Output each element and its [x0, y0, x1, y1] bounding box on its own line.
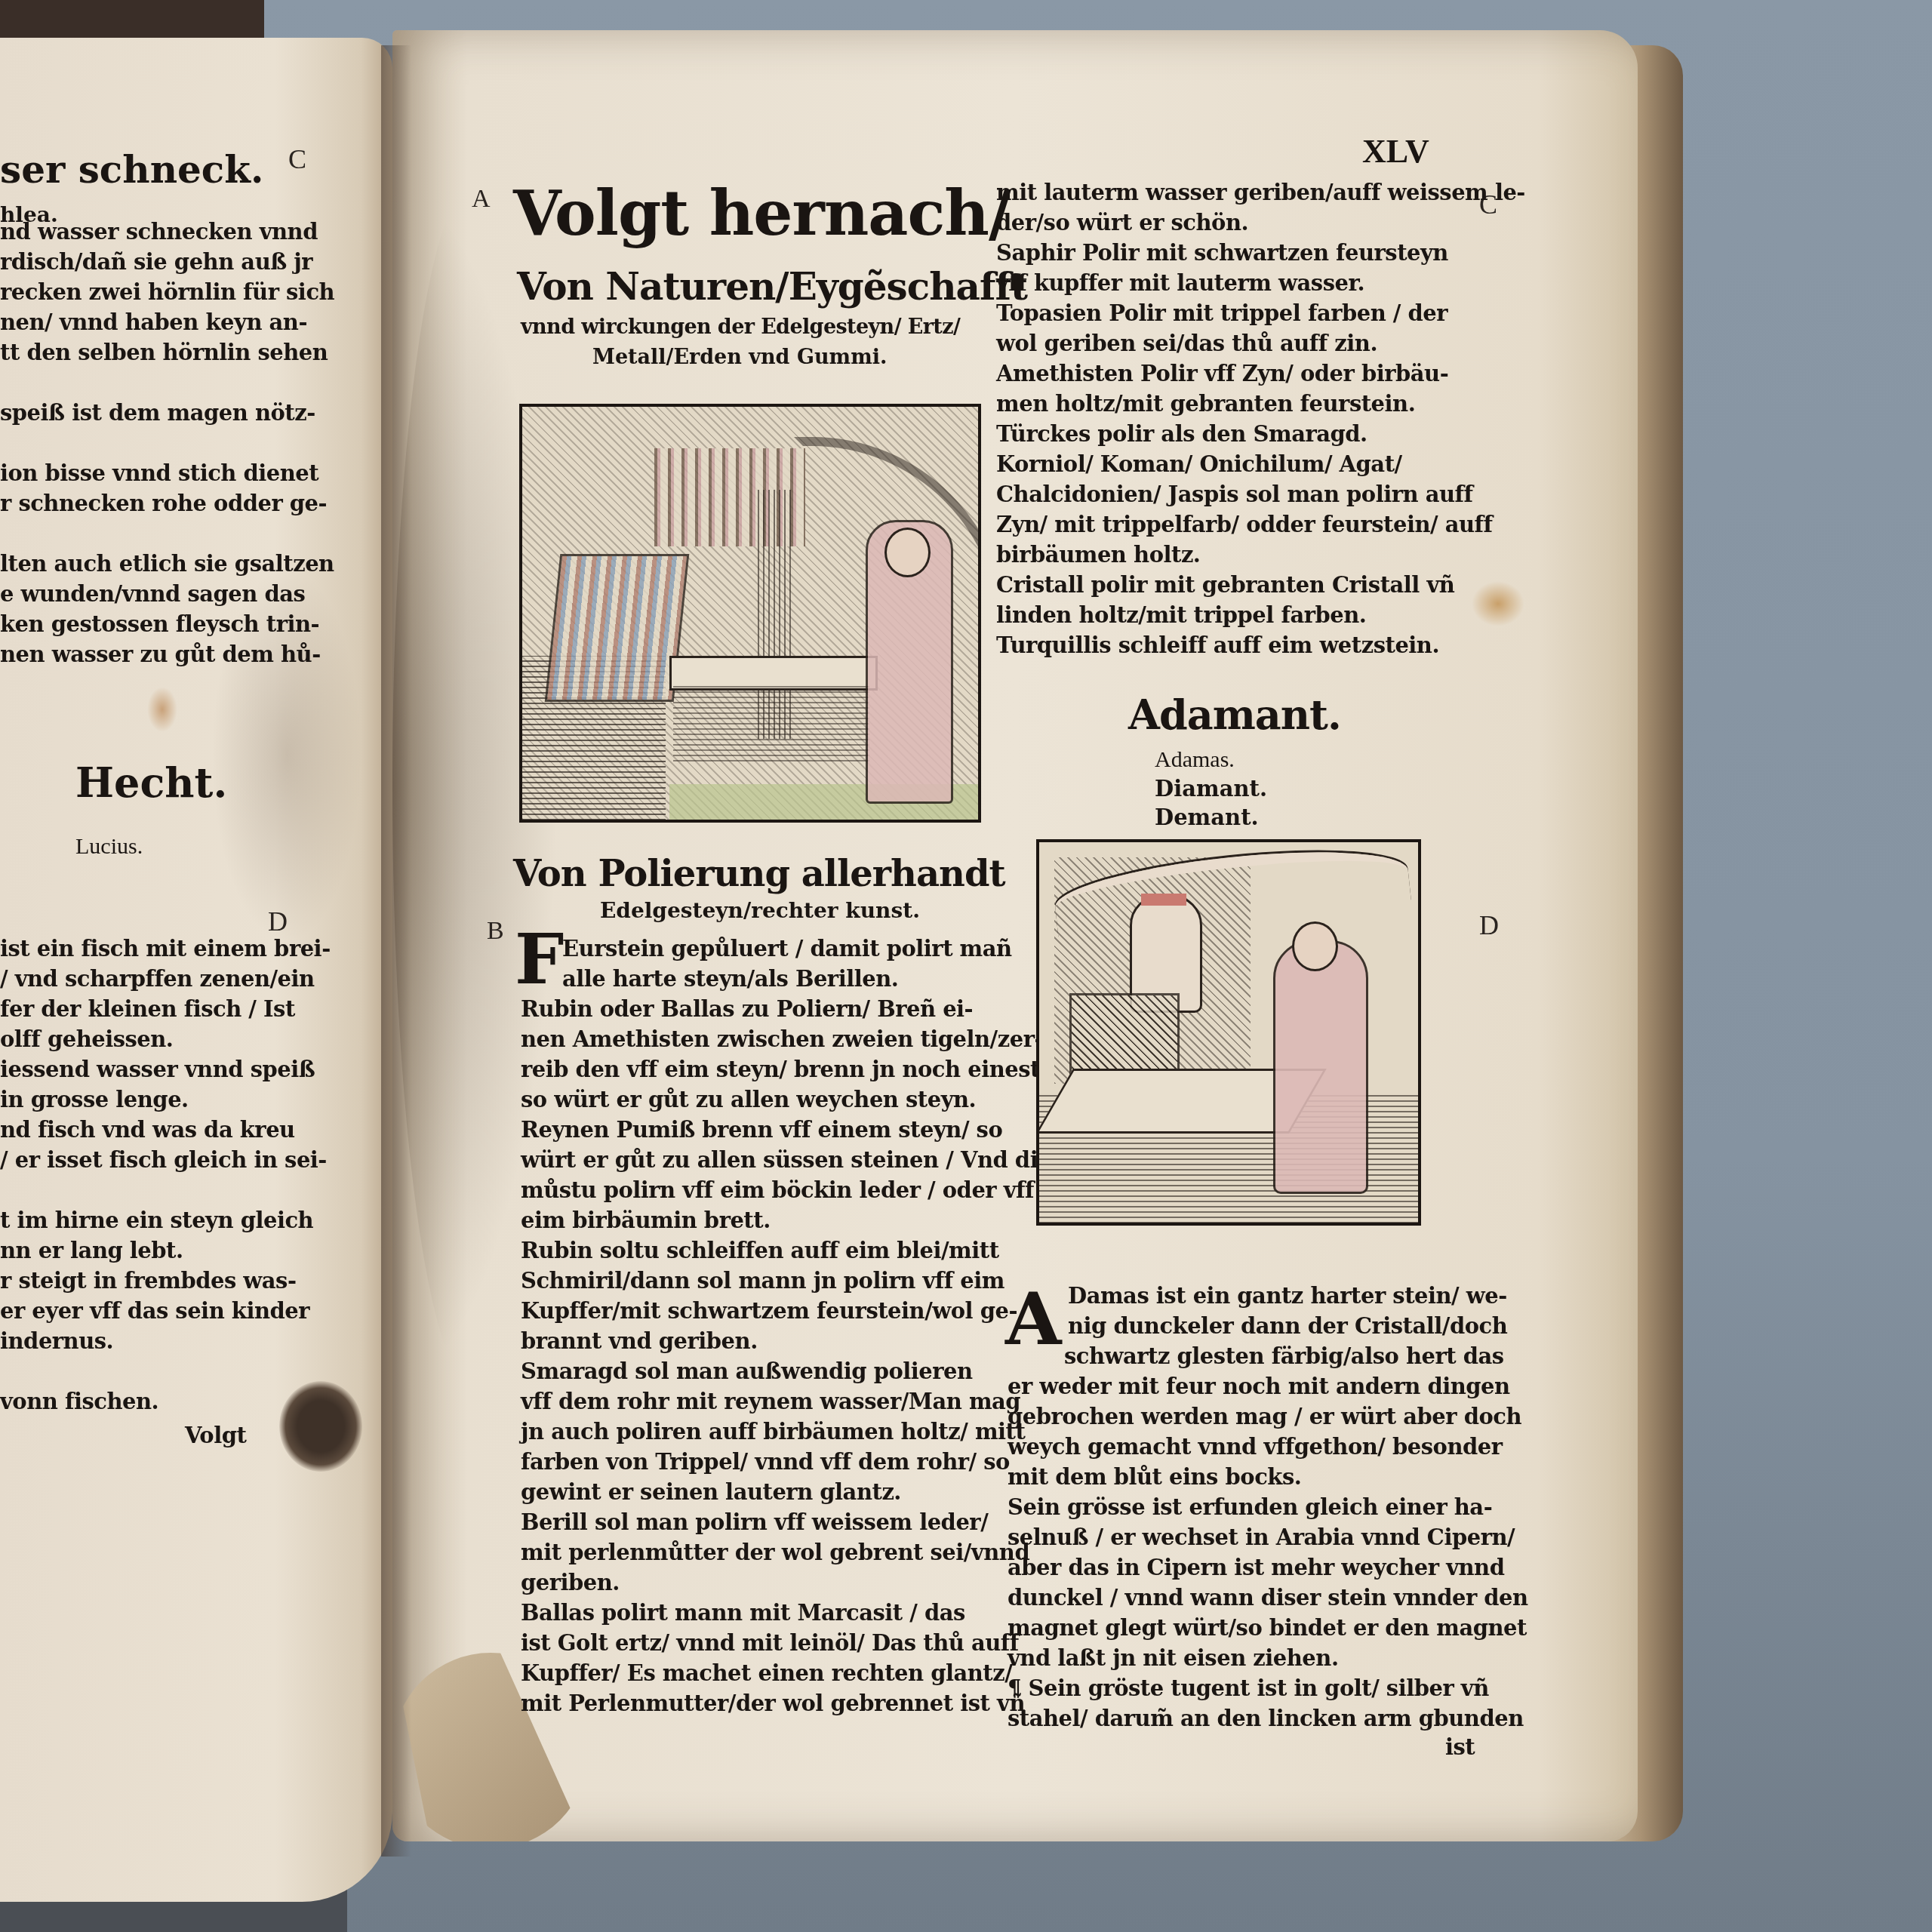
text-line: r steigt in frembdes was-	[0, 1268, 296, 1294]
text-line: iessend wasser vnnd speiß	[0, 1057, 315, 1082]
text-line: Ballas polirt mann mit Marcasit / das	[521, 1600, 965, 1626]
text-line: wol geriben sei/das thů auff zin.	[996, 331, 1377, 356]
text-line: nd wasser schnecken vnnd	[0, 219, 318, 245]
text-line: nn er lang lebt.	[0, 1238, 183, 1263]
text-line: nd fisch vnd was da kreu	[0, 1117, 295, 1143]
text-line: Korniol/ Koman/ Onichilum/ Agat/	[996, 451, 1402, 477]
margin-letter-a: A	[472, 185, 491, 214]
margin-letter-c: C	[288, 143, 306, 175]
title-line-4: Metall/Erden vnd Gummi.	[592, 346, 887, 369]
text-line: rdisch/dañ sie gehn auß jr	[0, 249, 312, 275]
text-line: mit lauterm wasser geriben/auff weissem …	[996, 180, 1525, 205]
text-line: olff geheissen.	[0, 1026, 173, 1052]
catchword-volgt: Volgt	[185, 1423, 246, 1448]
text-line: Cristall polir mit gebranten Cristall vñ	[996, 572, 1454, 598]
left-latin-lucius: Lucius.	[75, 834, 143, 860]
text-line: ken gestossen fleysch trin-	[0, 611, 319, 637]
text-line: in grosse lenge.	[0, 1087, 189, 1112]
text-line: ¶ Sein gröste tugent ist in golt/ silber…	[1008, 1675, 1489, 1701]
text-line: Smaragd sol man außwendig polieren	[521, 1358, 973, 1384]
adamant-name-diamant: Diamant.	[1155, 776, 1267, 801]
text-line: er weder mit feur noch mit andern dingen	[1008, 1374, 1510, 1399]
text-line: Zyn/ mit trippelfarb/ odder feurstein/ a…	[996, 512, 1493, 537]
text-line: gewint er seinen lautern glantz.	[521, 1479, 901, 1505]
text-line: recken zwei hörnlin für sich	[0, 279, 334, 305]
folio-number: XLV	[1362, 132, 1429, 171]
text-line: geriben.	[521, 1570, 620, 1595]
text-line: dunckel / vnnd wann diser stein vnnder d…	[1008, 1585, 1528, 1611]
text-line: Saphir Polir mit schwartzen feursteyn	[996, 240, 1448, 266]
text-line: men holtz/mit gebranten feurstein.	[996, 391, 1415, 417]
text-line: můstu polirn vff eim böckin leder / oder…	[521, 1177, 1034, 1203]
text-line: Berill sol man polirn vff weissem leder/	[521, 1509, 988, 1535]
text-line: aber das in Cipern ist mehr weycher vnnd	[1008, 1555, 1504, 1580]
text-line: Türckes polir als den Smaragd.	[996, 421, 1367, 447]
text-line: mit perlenmůtter der wol gebrent sei/vnn…	[521, 1540, 1029, 1565]
text-line: indernus.	[0, 1328, 113, 1354]
text-line: mit dem blůt eins bocks.	[1008, 1464, 1301, 1490]
margin-letter-b: B	[487, 917, 504, 946]
text-line: brannt vnd geriben.	[521, 1328, 758, 1354]
text-line: farben von Trippel/ vnnd vff dem rohr/ s…	[521, 1449, 1010, 1475]
section-heading-line-2: Edelgesteyn/rechter kunst.	[600, 898, 920, 923]
left-page: C D ser schneck. hlea. nd wasser schneck…	[0, 38, 392, 1902]
text-line: Schmiril/dann sol mann jn polirn vff eim	[521, 1268, 1004, 1294]
text-line: ist Golt ertz/ vnnd mit leinöl/ Das thů …	[521, 1630, 1019, 1656]
drop-cap-f: F	[515, 924, 564, 994]
margin-letter-d: D	[1479, 909, 1499, 941]
text-line: würt er gůt zu allen süssen steinen / Vn…	[521, 1147, 1051, 1173]
catchword-ist: ist	[1445, 1734, 1475, 1760]
text-line: lten auch etlich sie gsaltzen	[0, 551, 334, 577]
text-line: Turquillis schleiff auff eim wetzstein.	[996, 632, 1439, 658]
wax-blot	[279, 1381, 362, 1472]
text-line: stahel/ darum̃ an den lincken arm gbunde…	[1008, 1706, 1524, 1731]
text-line: e wunden/vnnd sagen das	[0, 581, 305, 607]
text-line: / er isset fisch gleich in sei-	[0, 1147, 327, 1173]
text-line: ist ein fisch mit einem brei-	[0, 936, 331, 961]
text-line: Kupffer/mit schwartzem feurstein/wol ge-	[521, 1298, 1017, 1324]
text-line: Rubin soltu schleiffen auff eim blei/mit…	[521, 1238, 999, 1263]
text-line: Sein grösse ist erfunden gleich einer ha…	[1008, 1494, 1492, 1520]
text-line: schwartz glesten färbig/also hert das	[1064, 1343, 1504, 1369]
small-stain	[1472, 581, 1524, 626]
text-line: Amethisten Polir vff Zyn/ oder birbäu-	[996, 361, 1448, 386]
section-heading-line-1: Von Polierung allerhandt	[513, 853, 1005, 895]
text-line: eim birbäumin brett.	[521, 1207, 771, 1233]
small-stain	[147, 687, 177, 732]
text-line: alle harte steyn/als Berillen.	[562, 966, 898, 992]
text-line: reib den vff eim steyn/ brenn jn noch ei…	[521, 1057, 1048, 1082]
text-line: nen Amethisten zwischen zweien tigeln/ze…	[521, 1026, 1043, 1052]
text-line: vff dem rohr mit reynem wasser/Man mag	[521, 1389, 1020, 1414]
text-line: er eyer vff das sein kinder	[0, 1298, 309, 1324]
text-line: Topasien Polir mit trippel farben / der	[996, 300, 1447, 326]
text-line: ion bisse vnnd stich dienet	[0, 460, 318, 486]
adamant-latin-name: Adamas.	[1155, 747, 1235, 773]
text-line: der/so würt er schön.	[996, 210, 1248, 235]
right-page: XLV A B C D Volgt hernach/ Von Naturen/E…	[392, 30, 1638, 1841]
adamant-name-demant: Demant.	[1155, 804, 1259, 830]
text-line: birbäumen holtz.	[996, 542, 1200, 568]
text-line: r schnecken rohe odder ge-	[0, 491, 327, 516]
adamant-heading: Adamant.	[1128, 691, 1341, 739]
left-heading-hecht: Hecht.	[75, 758, 227, 807]
text-line: vff kupffer mit lauterm wasser.	[996, 270, 1364, 296]
text-line: speiß ist dem magen nötz-	[0, 400, 315, 426]
text-line: so würt er gůt zu allen weychen steyn.	[521, 1087, 976, 1112]
text-line: Rubin oder Ballas zu Poliern/ Breñ ei-	[521, 996, 973, 1022]
text-line: nen/ vnnd haben keyn an-	[0, 309, 307, 335]
left-heading-schneck: ser schneck.	[0, 147, 263, 192]
text-line: vnd laßt jn nit eisen ziehen.	[1008, 1645, 1338, 1671]
title-line-3: vnnd wirckungen der Edelgesteyn/ Ertz/	[521, 315, 960, 339]
text-line: nen wasser zu gůt dem hů-	[0, 641, 321, 667]
text-line: Eurstein gepůluert / damit polirt mañ	[562, 936, 1012, 961]
text-line: magnet glegt würt/so bindet er den magne…	[1008, 1615, 1527, 1641]
title-line-1: Volgt hernach/	[513, 177, 1011, 250]
text-line: Kupffer/ Es machet einen rechten glantz/	[521, 1660, 1012, 1686]
drop-cap-a: A	[1005, 1283, 1061, 1355]
margin-letter-d: D	[268, 906, 288, 937]
text-line: weych gemacht vnnd vffgethon/ besonder	[1008, 1434, 1503, 1460]
text-line: Damas ist ein gantz harter stein/ we-	[1068, 1283, 1507, 1309]
text-line: fer der kleinen fisch / Ist	[0, 996, 295, 1022]
text-line: vonn fischen.	[0, 1389, 158, 1414]
text-line: mit Perlenmutter/der wol gebrennet ist v…	[521, 1690, 1025, 1716]
text-line: nig dunckeler dann der Cristall/doch	[1068, 1313, 1507, 1339]
text-line: gebrochen werden mag / er würt aber doch	[1008, 1404, 1521, 1429]
text-line: selnuß / er wechset in Arabia vnnd Ciper…	[1008, 1524, 1515, 1550]
book-gutter-shadow	[381, 45, 411, 1857]
woodcut-jeweler-workshop	[519, 404, 981, 823]
text-line: jn auch poliren auff birbäumen holtz/ mi…	[521, 1419, 1025, 1444]
title-line-2: Von Naturen/Eygẽschafft	[517, 264, 1027, 309]
text-line: linden holtz/mit trippel farben.	[996, 602, 1366, 628]
text-line: Reynen Pumiß brenn vff einem steyn/ so	[521, 1117, 1002, 1143]
text-line: tt den selben hörnlin sehen	[0, 340, 328, 365]
text-line: / vnd scharpffen zenen/ein	[0, 966, 315, 992]
text-line: Chalcidonien/ Jaspis sol man polirn auff	[996, 481, 1473, 507]
text-line: t im hirne ein steyn gleich	[0, 1207, 313, 1233]
woodcut-gem-merchant	[1036, 839, 1421, 1226]
